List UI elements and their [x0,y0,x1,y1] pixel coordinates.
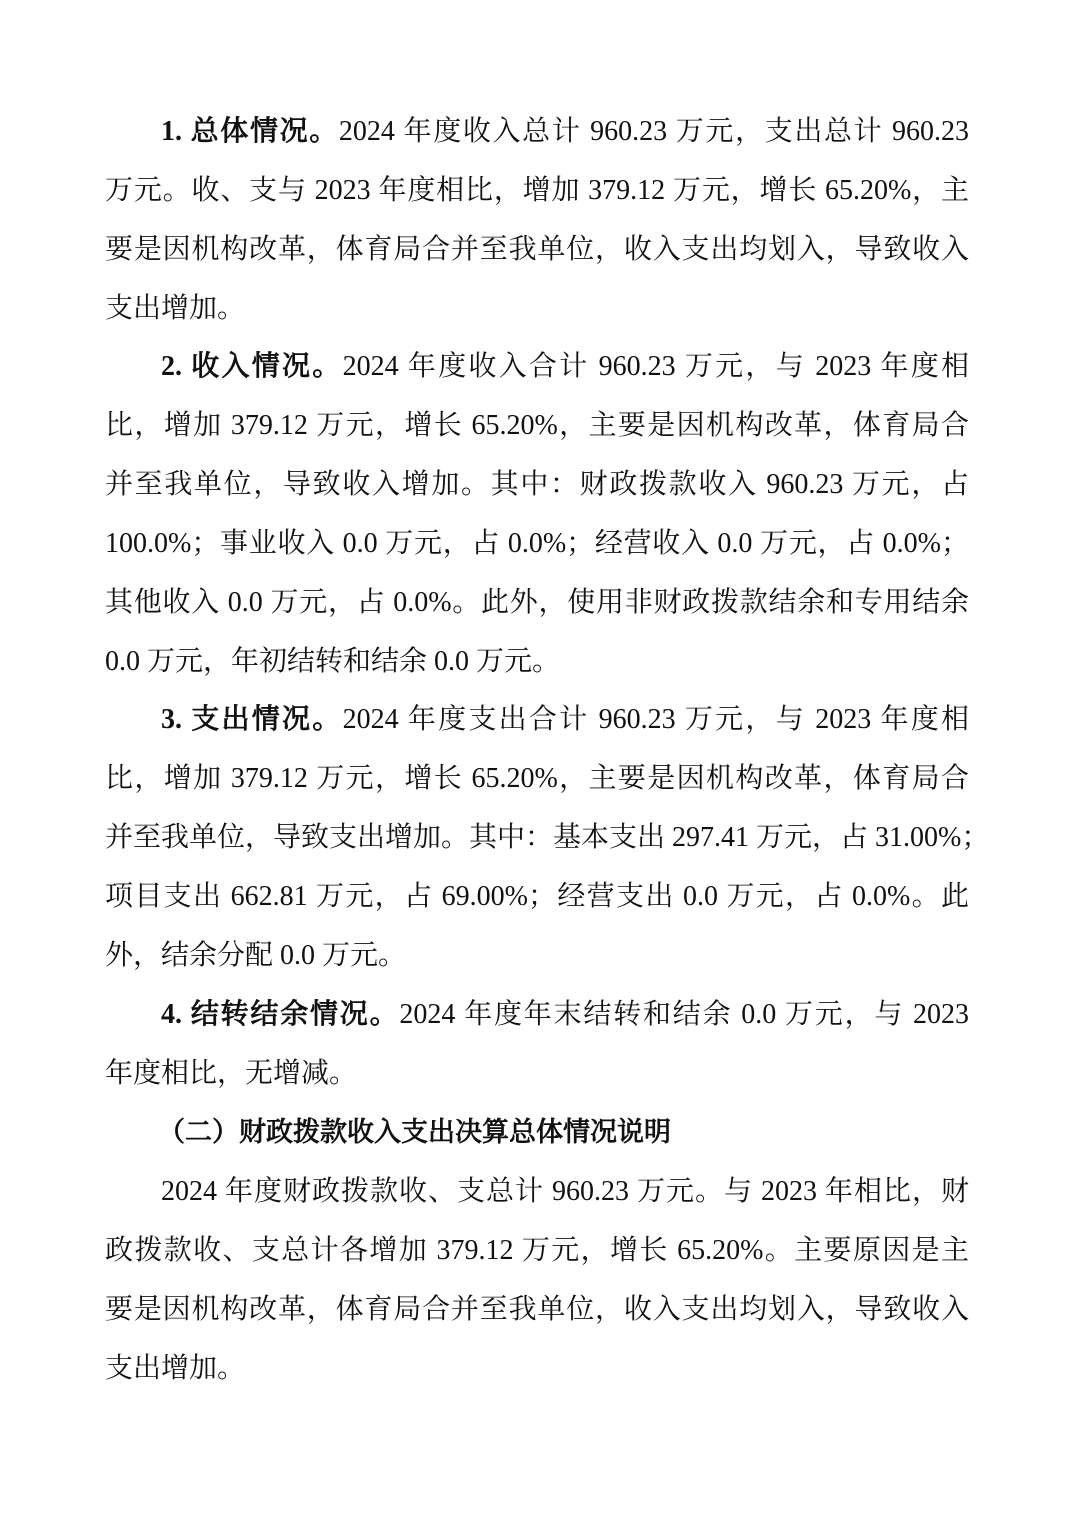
section-1-title: 总体情况。 [191,116,339,147]
section-2-line-3: 并至我单位，导致收入增加。其中：财政拨款收入 960.23 万元，占 [105,465,969,505]
section-1-line-3: 要是因机构改革，体育局合并至我单位，收入支出均划入，导致收入 [105,230,969,270]
final-paragraph-line-3: 要是因机构改革，体育局合并至我单位，收入支出均划入，导致收入 [105,1290,969,1330]
section-3-line-4: 项目支出 662.81 万元，占 69.00%；经营支出 0.0 万元，占 0.… [105,877,969,917]
section-3-number: 3. [161,704,182,735]
section-2-number: 2. [161,351,182,382]
section-2-line-5: 其他收入 0.0 万元，占 0.0%。此外，使用非财政拨款结余和专用结余 [105,583,969,623]
section-1-text: 2024 年度收入总计 960.23 万元，支出总计 960.23 [339,116,969,147]
section-1-line-4: 支出增加。 [105,289,969,329]
section-1-line-2: 万元。收、支与 2023 年度相比，增加 379.12 万元，增长 65.20%… [105,171,969,211]
section-3-line-3: 并至我单位，导致支出增加。其中：基本支出 297.41 万元，占 31.00%； [105,818,969,858]
section-1-line-1: 1. 总体情况。2024 年度收入总计 960.23 万元，支出总计 960.2… [161,112,969,152]
final-paragraph-line-2: 政拨款收、支总计各增加 379.12 万元，增长 65.20%。主要原因是主 [105,1231,969,1271]
subheading: （二）财政拨款收入支出决算总体情况说明 [158,1113,671,1153]
section-2-line-6: 0.0 万元，年初结转和结余 0.0 万元。 [105,642,969,682]
section-4-number: 4. [161,999,182,1030]
section-2-line-2: 比，增加 379.12 万元，增长 65.20%，主要是因机构改革，体育局合 [105,406,969,446]
section-2-title: 收入情况。 [191,351,342,382]
section-4-text: 2024 年度年末结转和结余 0.0 万元，与 2023 [399,999,969,1030]
section-1-number: 1. [161,116,182,147]
section-2-line-1: 2. 收入情况。2024 年度收入合计 960.23 万元，与 2023 年度相 [161,347,969,387]
section-2-line-4: 100.0%；事业收入 0.0 万元，占 0.0%；经营收入 0.0 万元，占 … [105,524,969,564]
section-4-line-2: 年度相比，无增减。 [105,1054,969,1094]
section-3-title: 支出情况。 [191,704,342,735]
section-4-title: 结转结余情况。 [191,999,400,1030]
final-paragraph-line-4: 支出增加。 [105,1349,969,1389]
section-3-line-2: 比，增加 379.12 万元，增长 65.20%，主要是因机构改革，体育局合 [105,759,969,799]
section-4-line-1: 4. 结转结余情况。2024 年度年末结转和结余 0.0 万元，与 2023 [161,995,969,1035]
section-3-line-5: 外，结余分配 0.0 万元。 [105,936,969,976]
section-2-text: 2024 年度收入合计 960.23 万元，与 2023 年度相 [343,351,969,382]
section-3-text: 2024 年度支出合计 960.23 万元，与 2023 年度相 [343,704,969,735]
final-paragraph-line-1: 2024 年度财政拨款收、支总计 960.23 万元。与 2023 年相比，财 [161,1172,969,1212]
section-3-line-1: 3. 支出情况。2024 年度支出合计 960.23 万元，与 2023 年度相 [161,700,969,740]
document-page: 1. 总体情况。2024 年度收入总计 960.23 万元，支出总计 960.2… [0,0,1074,1520]
